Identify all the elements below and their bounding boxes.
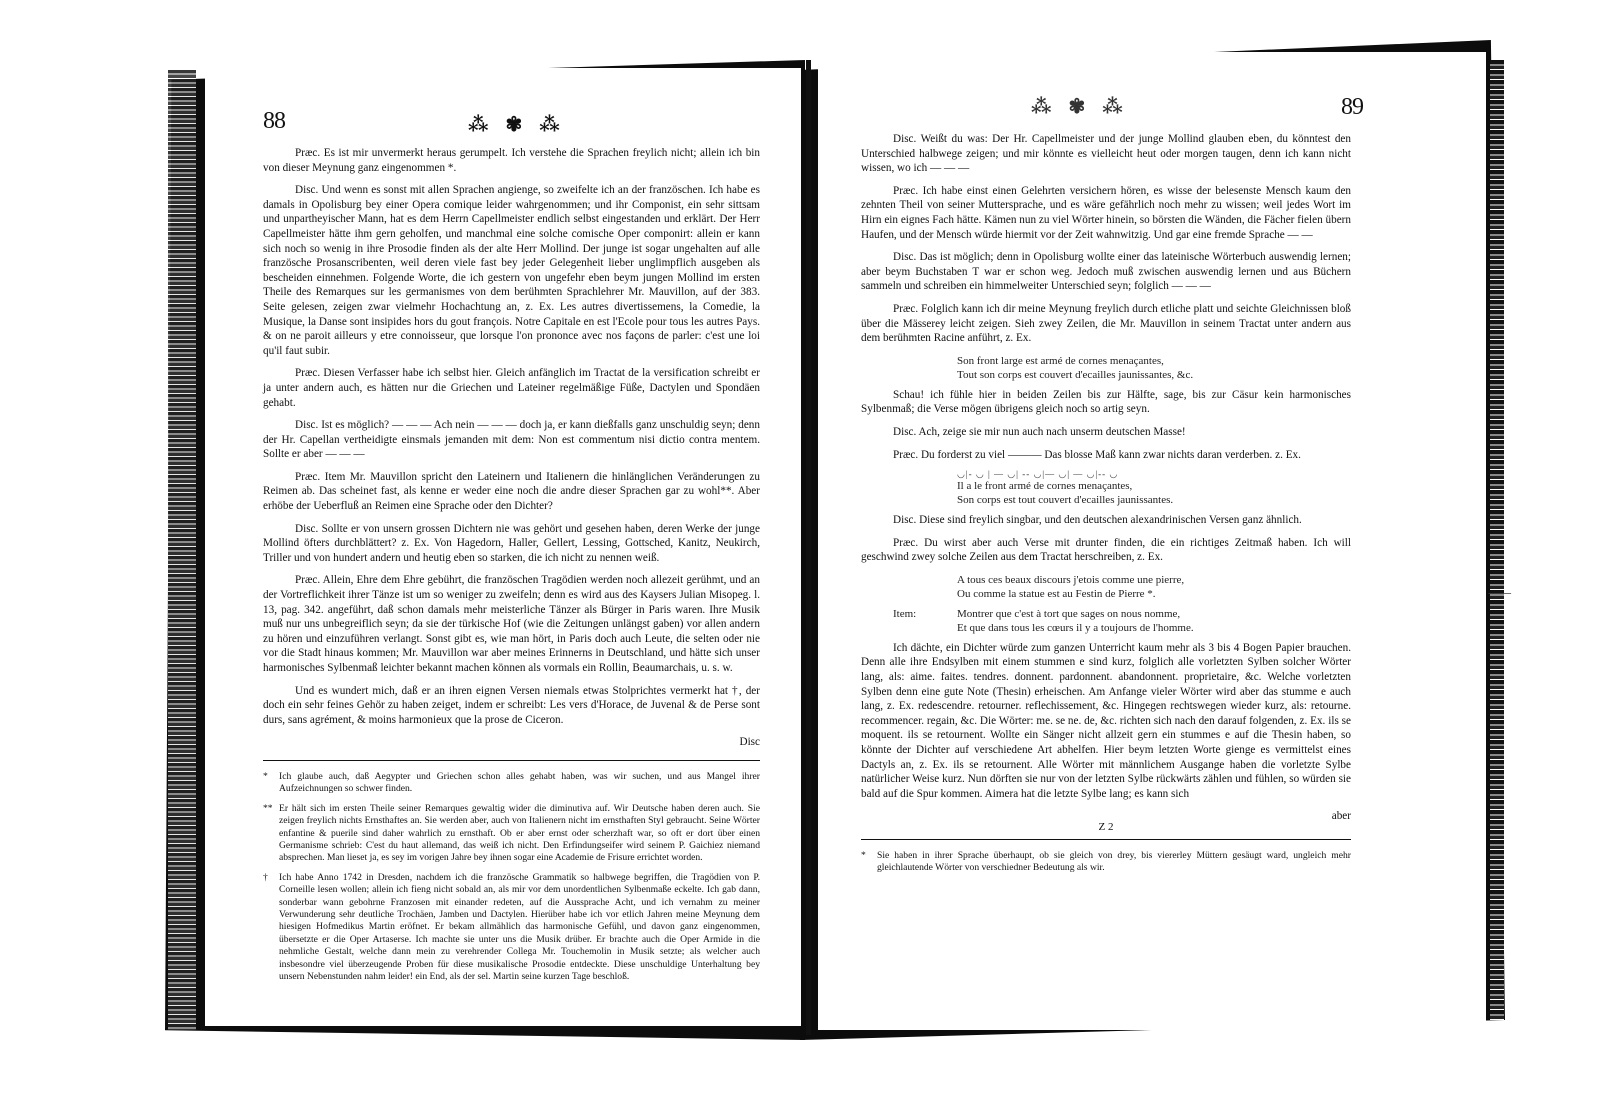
footnote: *Sie haben in ihrer Sprache überhaupt, o…: [861, 850, 1351, 875]
paragraph: Schau! ich fühle hier in beiden Zeilen b…: [861, 388, 1351, 417]
verse-quote: A tous ces beaux discours j'etois comme …: [861, 573, 1351, 601]
verse-quote: Item:Montrer que c'est à tort que sages …: [861, 607, 1351, 635]
paragraph: Disc. Sollte er von unsern grossen Dicht…: [263, 522, 760, 566]
verse-text: A tous ces beaux discours j'etois comme …: [957, 574, 1184, 586]
verse-label: Item:: [893, 607, 957, 621]
paragraph: Præc. Allein, Ehre dem Ehre gebührt, die…: [263, 573, 760, 675]
paragraph: Præc. Es ist mir unvermerkt heraus gerum…: [263, 146, 760, 175]
footnote-rule: [263, 760, 760, 761]
footnote-rule: [861, 839, 1351, 840]
footnote-mark: *: [861, 850, 877, 862]
paragraph: Præc. Item Mr. Mauvillon spricht den Lat…: [263, 470, 760, 514]
verse-line: Et que dans tous les cœurs il y a toujou…: [957, 621, 1351, 635]
catchword: Disc: [263, 735, 760, 750]
footnote-text: Sie haben in ihrer Sprache überhaupt, ob…: [877, 850, 1351, 873]
footnote-mark: *: [263, 771, 279, 783]
body-text: Disc. Weißt du was: Der Hr. Capellmeiste…: [861, 132, 1351, 801]
paragraph: Disc. Ach, zeige sie mir nun auch nach u…: [861, 425, 1351, 440]
footnotes: *Sie haben in ihrer Sprache überhaupt, o…: [861, 850, 1351, 875]
headpiece-ornament-icon: ⁂ ✾ ⁂: [1031, 100, 1129, 115]
verse-text: Tout son corps est couvert d'ecailles ja…: [957, 369, 1193, 381]
verse-quote: ◡|- ◡ | — ◡| -- ◡|— ◡| — ◡|-- ◡Il a le f…: [861, 470, 1351, 507]
paragraph: Disc. Das ist möglich; denn in Opolisbur…: [861, 250, 1351, 294]
paragraph: Ich dächte, ein Dichter würde zum ganzen…: [861, 641, 1351, 802]
paragraph: Præc. Folglich kann ich dir meine Meynun…: [861, 302, 1351, 346]
paragraph: Disc. Ist es möglich? — — — Ach nein — —…: [263, 418, 760, 462]
right-page: ⁂ ✾ ⁂ 89 Disc. Weißt du was: Der Hr. Cap…: [818, 52, 1486, 1030]
book-edge-right: [1490, 60, 1504, 1020]
right-page-content: ⁂ ✾ ⁂ 89 Disc. Weißt du was: Der Hr. Cap…: [861, 100, 1351, 881]
footnote: †Ich habe Anno 1742 in Dresden, nachdem …: [263, 872, 760, 984]
footnote-text: Ich glaube auch, daß Aegypter und Griech…: [279, 771, 760, 794]
verse-text: Son front large est armé de cornes menaç…: [957, 355, 1164, 367]
footnote-text: Er hält sich im ersten Theile seiner Rem…: [279, 803, 760, 864]
verse-line: Item:Montrer que c'est à tort que sages …: [957, 607, 1351, 621]
verse-text: Et que dans tous les cœurs il y a toujou…: [957, 622, 1194, 634]
signature-mark: Z 2: [861, 820, 1351, 835]
footnote: *Ich glaube auch, daß Aegypter und Griec…: [263, 771, 760, 796]
verse-line: A tous ces beaux discours j'etois comme …: [957, 573, 1351, 587]
body-text: Præc. Es ist mir unvermerkt heraus gerum…: [263, 146, 760, 727]
verse-line: Il a le front armé de cornes menaçantes,: [957, 479, 1351, 493]
paragraph: Præc. Diesen Verfasser habe ich selbst h…: [263, 366, 760, 410]
footnote-mark: †: [263, 872, 279, 884]
page-header: ⁂ ✾ ⁂ 89: [861, 100, 1351, 132]
left-page-content: 88 ⁂ ✾ ⁂ Præc. Es ist mir unvermerkt her…: [263, 114, 760, 990]
paragraph: Præc. Du forderst zu viel ——— Das blosse…: [861, 448, 1351, 463]
paragraph: Disc. Weißt du was: Der Hr. Capellmeiste…: [861, 132, 1351, 176]
footnotes: *Ich glaube auch, daß Aegypter und Griec…: [263, 771, 760, 984]
page-number: 89: [1341, 100, 1363, 115]
verse-text: Ou comme la statue est au Festin de Pier…: [957, 588, 1156, 600]
book-gutter: [806, 60, 811, 1035]
book-edge-left: [168, 70, 196, 1030]
verse-line: Tout son corps est couvert d'ecailles ja…: [957, 368, 1351, 382]
paragraph: Und es wundert mich, daß er an ihren eig…: [263, 684, 760, 728]
page-number: 88: [263, 114, 285, 129]
paragraph: Præc. Ich habe einst einen Gelehrten ver…: [861, 184, 1351, 242]
page-header: 88 ⁂ ✾ ⁂: [263, 114, 760, 146]
verse-text: Son corps est tout couvert d'ecailles ja…: [957, 494, 1173, 506]
paragraph: Disc. Diese sind freylich singbar, und d…: [861, 513, 1351, 528]
verse-text: Montrer que c'est à tort que sages on no…: [957, 608, 1180, 620]
verse-line: Ou comme la statue est au Festin de Pier…: [957, 587, 1351, 601]
margin-mark: ⸺: [1488, 582, 1512, 602]
left-page: 88 ⁂ ✾ ⁂ Præc. Es ist mir unvermerkt her…: [205, 68, 801, 1026]
footnote-text: Ich habe Anno 1742 in Dresden, nachdem i…: [279, 872, 760, 982]
paragraph: Præc. Du wirst aber auch Verse mit drunt…: [861, 536, 1351, 565]
footnote: **Er hält sich im ersten Theile seiner R…: [263, 803, 760, 865]
verse-line: Son corps est tout couvert d'ecailles ja…: [957, 493, 1351, 507]
scansion-marks: ◡|- ◡ | — ◡| -- ◡|— ◡| — ◡|-- ◡: [957, 470, 1351, 479]
paragraph: Disc. Und wenn es sonst mit allen Sprach…: [263, 183, 760, 358]
footnote-mark: **: [263, 803, 279, 815]
verse-text: Il a le front armé de cornes menaçantes,: [957, 480, 1132, 492]
headpiece-ornament-icon: ⁂ ✾ ⁂: [468, 118, 566, 133]
verse-quote: Son front large est armé de cornes menaç…: [861, 354, 1351, 382]
verse-line: Son front large est armé de cornes menaç…: [957, 354, 1351, 368]
